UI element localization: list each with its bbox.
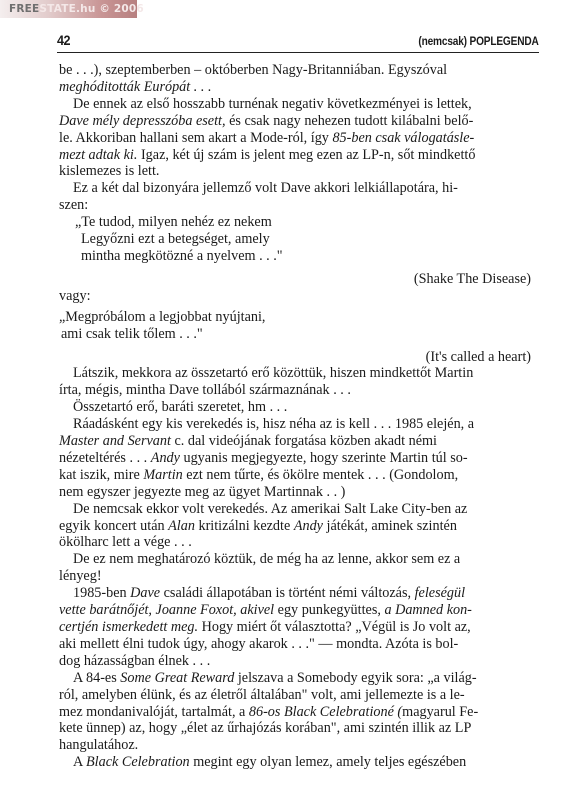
paragraph-start: Látszik, mekkora az összetartó erő közöt…	[59, 365, 539, 382]
text-line: kete ünnep) az, hogy „élet az űrhajózás …	[59, 720, 539, 737]
italic-text: 85-ben csak válogatásle-	[332, 130, 474, 146]
italic-text: Andy	[294, 518, 323, 534]
text-line: szen:	[59, 197, 539, 214]
verse-line: „Megpróbálom a legjobbat nyújtani,	[59, 309, 539, 326]
paragraph-start: Összetartó erő, baráti szeretet, hm . . …	[59, 399, 539, 416]
text-span: 1985-ben	[73, 585, 130, 601]
text-span: magyarul Fe-	[402, 704, 478, 720]
text-line: dog házasságban élnek . . .	[59, 653, 539, 670]
text-span: c. dal videójának forgatása közben akadt…	[171, 433, 437, 449]
watermark: FREESTATE.hu © 2006	[0, 0, 137, 18]
italic-text: Black Celebration	[86, 754, 190, 770]
paragraph-start: Ez a két dal bizonyára jellemző volt Dav…	[59, 180, 539, 197]
text-span: be . . .), szeptemberben – októberben Na…	[59, 62, 447, 79]
text-line: certjén ismerkedett meg. Hogy miért őt v…	[59, 619, 539, 636]
text-span: szen:	[59, 197, 88, 213]
text-span: hangulatához.	[59, 737, 138, 753]
text-line: mezt adtak ki. Igaz, két új szám is jele…	[59, 147, 539, 164]
running-head: (nemcsak) POPLEGENDA	[419, 36, 539, 48]
song-title: (Shake The Disease)	[59, 271, 539, 288]
text-span: vagy:	[59, 288, 91, 304]
text-line: aki mellett élni tudok úgy, ahogy akarok…	[59, 636, 539, 653]
paragraph-start: 1985-ben Dave családi állapotában is tör…	[59, 585, 539, 602]
text-span: kat iszik, mire	[59, 467, 143, 483]
text-line: nem egyszer jegyezte meg az ügyet Martin…	[59, 484, 539, 501]
italic-text: a Damned kon-	[384, 602, 471, 618]
text-span: Látszik, mekkora az összetartó erő közöt…	[73, 365, 473, 381]
text-line: be . . .), szeptemberben – októberben Na…	[59, 62, 539, 79]
verse-line: „Te tudod, milyen nehéz ez nekem	[75, 214, 539, 231]
text-line: nézeteltérés . . . Andy ugyanis megjegye…	[59, 450, 539, 467]
italic-text: vette barátnőjét, Joanne Foxot, akivel	[59, 602, 274, 618]
text-line: lényeg!	[59, 568, 539, 585]
text-span: egyik koncert után	[59, 518, 168, 534]
text-line: le. Akkoriban hallani sem akart a Mode-r…	[59, 130, 539, 147]
verse-line: Legyőzni ezt a betegséget, amely	[75, 231, 539, 248]
lyrics-quote: „Te tudod, milyen nehéz ez nekem Legyőzn…	[59, 214, 539, 265]
italic-text: certjén ismerkedett meg.	[59, 619, 198, 635]
italic-text: mezt adtak ki.	[59, 147, 137, 163]
watermark-state: STATE.hu © 2006	[39, 3, 144, 15]
italic-text: Some Great Reward	[120, 670, 234, 686]
text-span: megint egy olyan lemez, amely teljes egé…	[190, 754, 467, 770]
text-span: nem egyszer jegyezte meg az ügyet Martin…	[59, 484, 345, 500]
italic-text: Martin	[143, 467, 182, 483]
text-span: Összetartó erő, baráti szeretet, hm . . …	[73, 399, 287, 415]
text-span: írta, mégis, mintha Dave tollából szárma…	[59, 382, 351, 398]
song-title: (It's called a heart)	[59, 349, 539, 366]
text-span: és csak nagy nehezen tudott kilábalni be…	[226, 113, 474, 129]
paragraph-start: De nemcsak ekkor volt verekedés. Az amer…	[59, 501, 539, 518]
text-line: vagy:	[59, 288, 539, 305]
text-span: egy punkegyüttes,	[274, 602, 384, 618]
text-span: ökölharc lett a vége . . .	[59, 534, 192, 550]
italic-text: Alan	[168, 518, 195, 534]
text-span: dog házasságban élnek . . .	[59, 653, 210, 669]
text-line: mez mondanivalóját, tartalmát, a 86-os B…	[59, 704, 539, 721]
text-span: kritizálni kezdte	[195, 518, 294, 534]
text-span: nézeteltérés . . .	[59, 450, 151, 466]
italic-text: Master and Servant	[59, 433, 171, 449]
paragraph-start: A 84-es Some Great Reward jelszava a Som…	[59, 670, 539, 687]
text-line: Dave mély depresszóba esett, és csak nag…	[59, 113, 539, 130]
text-span: Hogy miért őt választotta? „Végül is Jo …	[198, 619, 471, 635]
text-span: családi állapotában is történt némi vált…	[160, 585, 415, 601]
text-span: Ráadásként egy kis verekedés is, hisz né…	[73, 416, 474, 432]
text-line: kislemezes is lett.	[59, 163, 539, 180]
text-line: hangulatához.	[59, 737, 539, 754]
text-span: ugyanis megjegyezte, hogy szerinte Marti…	[180, 450, 468, 466]
text-span: De ez nem meghatározó köztük, de még ha …	[73, 551, 460, 567]
text-span: Ez a két dal bizonyára jellemző volt Dav…	[73, 180, 458, 196]
italic-text: Dave	[130, 585, 160, 601]
verse-line: mintha megkötözné a nyelvem . . ."	[75, 248, 539, 265]
page-header: 42 (nemcsak) POPLEGENDA	[57, 32, 539, 53]
text-span: ról, amelyben élünk, és az életről által…	[59, 687, 465, 703]
text-line: ökölharc lett a vége . . .	[59, 534, 539, 551]
page-number: 42	[57, 32, 70, 48]
paragraph-start: Ráadásként egy kis verekedés is, hisz né…	[59, 416, 539, 433]
text-span: kislemezes is lett.	[59, 163, 159, 179]
text-span: ezt nem tűrte, és ökölre mentek . . . (G…	[183, 467, 458, 483]
paragraph-start: De ez nem meghatározó köztük, de még ha …	[59, 551, 539, 568]
text-span: játékát, aminek szintén	[323, 518, 457, 534]
text-span: De ennek az első hosszabb turnénak negat…	[73, 96, 472, 112]
text-line: írta, mégis, mintha Dave tollából szárma…	[59, 382, 539, 399]
text-span: A 84-es	[73, 670, 120, 686]
verse-line: ami csak telik tőlem . . ."	[59, 326, 539, 343]
italic-text: Dave mély depresszóba esett,	[59, 113, 226, 129]
text-span: jelszava a Somebody egyik sora: „a világ…	[234, 670, 476, 686]
italic-text: meghóditották Európát . . .	[59, 79, 212, 95]
text-line: kat iszik, mire Martin ezt nem tűrte, és…	[59, 467, 539, 484]
text-line: egyik koncert után Alan kritizálni kezdt…	[59, 518, 539, 535]
italic-text: Andy	[151, 450, 180, 466]
text-span: lényeg!	[59, 568, 102, 584]
lyrics-quote: „Megpróbálom a legjobbat nyújtani, ami c…	[59, 309, 539, 343]
paragraph-start: De ennek az első hosszabb turnénak negat…	[59, 96, 539, 113]
page-body: be . . .), szeptemberben – októberben Na…	[59, 62, 539, 771]
italic-text: 86-os Black Celebrationé (	[249, 704, 402, 720]
text-span: mez mondanivalóját, tartalmát, a	[59, 704, 249, 720]
italic-text: feleségül	[415, 585, 465, 601]
text-line: vette barátnőjét, Joanne Foxot, akivel e…	[59, 602, 539, 619]
text-span: kete ünnep) az, hogy „élet az űrhajózás …	[59, 720, 471, 736]
text-line: ról, amelyben élünk, és az életről által…	[59, 687, 539, 704]
watermark-free: FREE	[9, 3, 39, 15]
text-line: meghóditották Európát . . .	[59, 79, 539, 96]
text-span: le. Akkoriban hallani sem akart a Mode-r…	[59, 130, 332, 146]
paragraph-start: A Black Celebration megint egy olyan lem…	[59, 754, 539, 771]
text-span: De nemcsak ekkor volt verekedés. Az amer…	[73, 501, 467, 517]
text-span: Igaz, két új szám is jelent meg ezen az …	[137, 147, 475, 163]
text-span: aki mellett élni tudok úgy, ahogy akarok…	[59, 636, 458, 652]
text-line: Master and Servant c. dal videójának for…	[59, 433, 539, 450]
text-span: A	[73, 754, 86, 770]
